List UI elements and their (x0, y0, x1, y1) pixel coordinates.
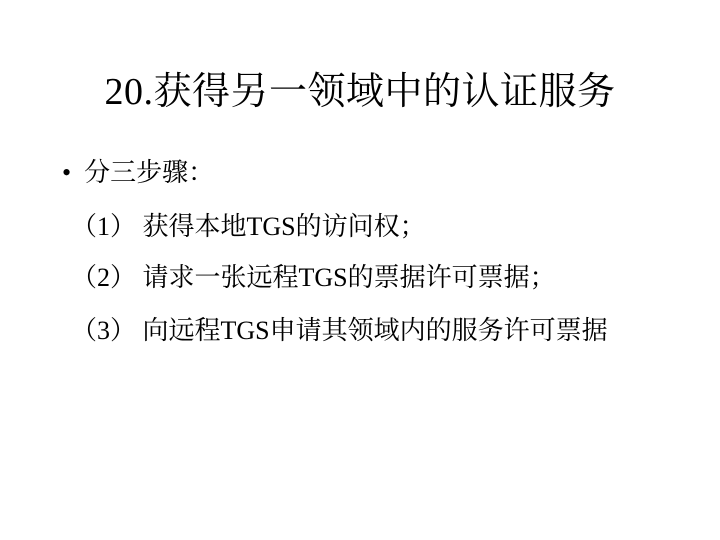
presentation-slide: 20.获得另一领域中的认证服务 •分三步骤： （1） 获得本地TGS的访问权； … (0, 0, 720, 540)
bullet-marker: • (62, 157, 71, 190)
step-item-3: （3） 向远程TGS申请其领域内的服务许可票据 (71, 315, 608, 348)
step-item-2: （2） 请求一张远程TGS的票据许可票据； (71, 262, 556, 295)
bullet-text: 分三步骤： (84, 158, 214, 187)
slide-title: 20.获得另一领域中的认证服务 (0, 70, 720, 116)
step-item-1: （1） 获得本地TGS的访问权； (71, 211, 426, 244)
bullet-item: •分三步骤： (62, 157, 214, 190)
